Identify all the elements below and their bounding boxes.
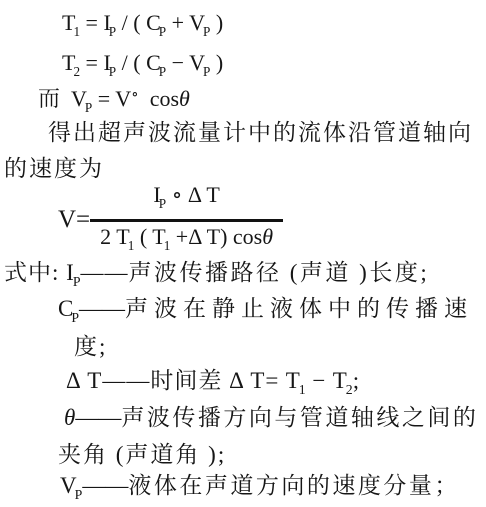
equation-vp-relation: 而 VP = V∘ cosθ: [38, 80, 190, 123]
formula-text: Δ T——时间差 Δ T=: [66, 368, 286, 393]
formula-text: ——: [81, 260, 129, 285]
definition-theta-line2: 夹角 (声道角 );: [58, 440, 226, 470]
formula-text: =: [80, 50, 103, 75]
formula-text: ∘: [131, 86, 139, 103]
formula-text: 声波传播路径 (声道 )长度;: [129, 260, 430, 285]
fraction-lhs: V=: [58, 206, 90, 234]
formula-text: ——: [82, 473, 128, 498]
fraction-bar: [90, 219, 283, 222]
formula-text: θ: [262, 224, 273, 249]
formula-text: cos: [139, 86, 179, 111]
formula-text: / (: [116, 50, 146, 75]
definition-vp: VP——液体在声道方向的速度分量；: [60, 471, 460, 507]
formula-text: =: [80, 10, 103, 35]
formula-text: θ: [179, 86, 190, 111]
formula-text: 式中:: [4, 260, 66, 285]
equation-velocity-fraction: V= IP ∘ Δ T 2 T1 ( T1 +Δ T) cosθ: [58, 181, 283, 259]
formula-text: +Δ T): [170, 224, 233, 249]
subscript: 2: [346, 382, 353, 397]
formula-text: 声波传播方向与管道轴线之间的: [121, 405, 478, 430]
formula-text: / (: [116, 10, 146, 35]
formula-text: ;: [353, 368, 360, 393]
formula-text: 而: [38, 86, 71, 111]
formula-text: ——: [75, 405, 121, 430]
formula-text: 2: [100, 224, 116, 249]
formula-text: 液体在声道方向的速度分量；: [128, 473, 460, 498]
formula-text: −: [166, 50, 189, 75]
equation-t1: T1 = IP / ( CP + VP ): [62, 8, 223, 47]
definition-cp-line1: CP——声波在静止液体中的传播速: [58, 294, 473, 333]
fraction-denominator: 2 T1 ( T1 +Δ T) cosθ: [90, 223, 283, 259]
formula-text: −: [306, 368, 333, 393]
formula-text: = V: [92, 86, 131, 111]
fraction-numerator: IP ∘ Δ T: [143, 181, 229, 217]
formula-text: ∘ Δ T: [166, 182, 220, 207]
formula-text: (: [134, 224, 152, 249]
definition-delta-t: Δ T——时间差 Δ T= T1 − T2;: [66, 366, 360, 405]
fraction-body: IP ∘ Δ T 2 T1 ( T1 +Δ T) cosθ: [90, 181, 283, 259]
subscript: 1: [299, 382, 306, 397]
definition-ip: 式中: IP——声波传播路径 (声道 )长度;: [4, 258, 429, 297]
paragraph-line-1: 得出超声波流量计中的流体沿管道轴向: [48, 118, 473, 148]
document-page: T1 = IP / ( CP + VP ) T2 = IP / ( CP − V…: [0, 0, 486, 507]
definition-cp-line2: 度;: [74, 332, 107, 362]
subscript: P: [71, 310, 79, 325]
formula-text: ——: [79, 296, 125, 321]
formula-text: ): [210, 10, 223, 35]
formula-text: θ: [64, 405, 75, 430]
formula-text: cos: [233, 224, 262, 249]
definition-theta-line1: θ——声波传播方向与管道轴线之间的: [64, 403, 478, 433]
formula-text: ): [210, 50, 223, 75]
formula-text: 声波在静止液体中的传播速: [125, 296, 473, 321]
subscript: P: [159, 196, 166, 211]
paragraph-line-2: 的速度为: [4, 154, 104, 184]
formula-text: +: [166, 10, 189, 35]
subscript: P: [73, 274, 81, 289]
